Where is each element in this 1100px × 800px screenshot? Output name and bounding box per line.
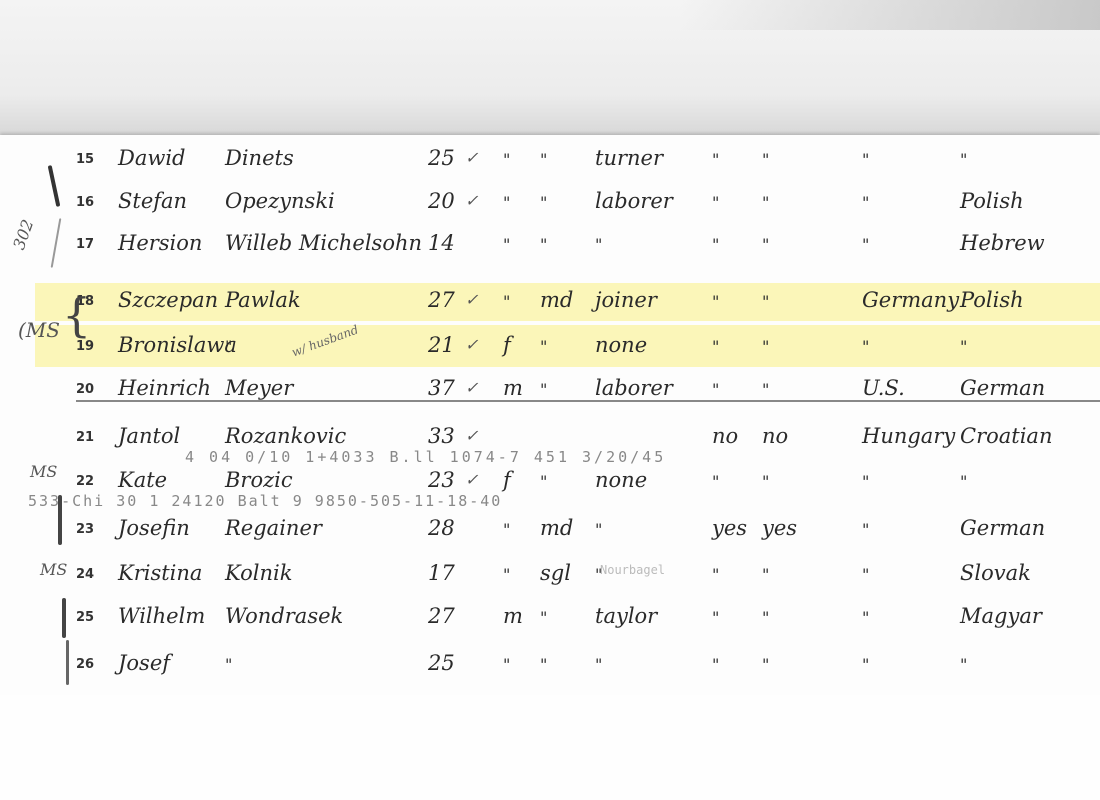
age-cell: 14 [428, 231, 455, 255]
write-cell: " [762, 608, 769, 627]
read-cell: " [712, 193, 719, 212]
occupation-cell: none [595, 468, 647, 492]
read-cell: " [712, 565, 719, 584]
manifest-row: 19Bronislawa"21✓f"none"""" [0, 327, 1100, 367]
race-cell: " [960, 150, 967, 169]
age-cell: 28 [428, 516, 455, 540]
line-number: 25 [76, 610, 94, 625]
sex-cell: m [503, 604, 523, 628]
line-number: 20 [76, 382, 94, 397]
occupation-cell: " [595, 235, 602, 254]
sex-cell: " [503, 520, 510, 539]
surname-cell: " [225, 337, 232, 356]
read-cell: yes [712, 516, 747, 540]
read-cell: " [712, 472, 719, 491]
read-cell: " [712, 337, 719, 356]
read-cell: " [712, 380, 719, 399]
check-cell: ✓ [465, 378, 478, 397]
manifest-row: 26Josef"25""""""" [0, 645, 1100, 685]
country-cell: " [862, 150, 869, 169]
read-cell: " [712, 608, 719, 627]
given-name-cell: Stefan [118, 189, 187, 213]
marital-cell: " [540, 150, 547, 169]
race-cell: Hebrew [960, 231, 1045, 255]
country-cell: " [862, 520, 869, 539]
race-cell: Polish [960, 189, 1024, 213]
given-name-cell: Jantol [118, 424, 180, 448]
race-cell: Croatian [960, 424, 1052, 448]
write-cell: " [762, 380, 769, 399]
manifest-row: 18SzczepanPawlak27✓"mdjoiner""GermanyPol… [0, 282, 1100, 322]
surname-cell: Wondrasek [225, 604, 343, 628]
check-cell: ✓ [465, 335, 478, 354]
write-cell: " [762, 150, 769, 169]
surname-cell: Kolnik [225, 561, 292, 585]
country-cell: " [862, 655, 869, 674]
occupation-cell: none [595, 333, 647, 357]
given-name-cell: Wilhelm [118, 604, 205, 628]
country-cell: " [862, 337, 869, 356]
occupation-cell: " [595, 655, 602, 674]
given-name-cell: Kate [118, 468, 167, 492]
read-cell: " [712, 292, 719, 311]
line-number: 16 [76, 195, 94, 210]
occupation-cell: laborer [595, 189, 673, 213]
line-number: 26 [76, 657, 94, 672]
manifest-row: 17HersionWilleb Michelsohn14""""""Hebrew [0, 225, 1100, 265]
marital-cell: " [540, 235, 547, 254]
age-cell: 33 [428, 424, 455, 448]
check-cell: ✓ [465, 426, 478, 445]
read-cell: " [712, 655, 719, 674]
read-cell: " [712, 150, 719, 169]
line-number: 23 [76, 522, 94, 537]
write-cell: " [762, 565, 769, 584]
check-cell: ✓ [465, 191, 478, 210]
age-cell: 27 [428, 288, 455, 312]
race-cell: Magyar [960, 604, 1042, 628]
check-cell: ✓ [465, 148, 478, 167]
margin-note-ms-24: MS [40, 560, 67, 579]
scanner-background-bottom [0, 695, 1100, 800]
country-cell: Germany [862, 288, 959, 312]
country-cell: " [862, 608, 869, 627]
race-cell: German [960, 516, 1045, 540]
line-number: 21 [76, 430, 94, 445]
write-cell: no [762, 424, 788, 448]
country-cell: Hungary [862, 424, 955, 448]
country-cell: " [862, 472, 869, 491]
line-number: 15 [76, 152, 94, 167]
write-cell: " [762, 472, 769, 491]
marital-cell: sgl [540, 561, 571, 585]
manifest-row: 25WilhelmWondrasek27m"taylor"""Magyar [0, 598, 1100, 638]
line-number: 22 [76, 474, 94, 489]
manifest-row: 24KristinaKolnik17"sgl""""Slovak [0, 555, 1100, 595]
margin-tick-25 [62, 598, 66, 638]
country-cell: " [862, 565, 869, 584]
pencil-note-row-24: Nourbagel [600, 563, 665, 577]
sex-cell: " [503, 292, 510, 311]
given-name-cell: Josefin [118, 516, 190, 540]
margin-note-ms-18-19: (MS [18, 318, 60, 342]
brace-18-19: { [62, 288, 91, 342]
line-number: 24 [76, 567, 94, 582]
marital-cell: " [540, 472, 547, 491]
scanner-background-top [0, 0, 1100, 135]
surname-cell: Regainer [225, 516, 322, 540]
write-cell: " [762, 655, 769, 674]
marital-cell: " [540, 655, 547, 674]
sex-cell: m [503, 376, 523, 400]
sex-cell: " [503, 565, 510, 584]
age-cell: 27 [428, 604, 455, 628]
manifest-row: 20HeinrichMeyer37✓m"laborer""U.S.German [0, 370, 1100, 410]
given-name-cell: Kristina [118, 561, 202, 585]
given-name-cell: Bronislawa [118, 333, 237, 357]
surname-cell: Rozankovic [225, 424, 346, 448]
write-cell: " [762, 292, 769, 311]
margin-tick-26 [66, 640, 69, 685]
race-cell: Slovak [960, 561, 1031, 585]
manifest-row: 23JosefinRegainer28"md"yesyes"German [0, 510, 1100, 550]
marital-cell: md [540, 288, 573, 312]
country-cell: " [862, 193, 869, 212]
race-cell: Polish [960, 288, 1024, 312]
age-cell: 23 [428, 468, 455, 492]
age-cell: 37 [428, 376, 455, 400]
write-cell: yes [762, 516, 797, 540]
line-number: 17 [76, 237, 94, 252]
marital-cell: md [540, 516, 573, 540]
surname-cell: Willeb Michelsohn [225, 231, 422, 255]
check-cell: ✓ [465, 290, 478, 309]
surname-cell: Pawlak [225, 288, 301, 312]
marital-cell: " [540, 337, 547, 356]
write-cell: " [762, 235, 769, 254]
write-cell: " [762, 193, 769, 212]
pencil-note-row-21: 4 04 0/10 1+4033 B.ll 1074-7 451 3/20/45 [185, 448, 666, 466]
margin-note-ms-22: MS [30, 462, 57, 481]
given-name-cell: Dawid [118, 146, 186, 170]
sex-cell: " [503, 235, 510, 254]
age-cell: 21 [428, 333, 455, 357]
occupation-cell: joiner [595, 288, 657, 312]
age-cell: 25 [428, 651, 455, 675]
sex-cell: f [503, 333, 511, 357]
marital-cell: " [540, 608, 547, 627]
given-name-cell: Hersion [118, 231, 202, 255]
country-cell: " [862, 235, 869, 254]
occupation-cell: " [595, 520, 602, 539]
sex-cell: f [503, 468, 511, 492]
surname-cell: Opezynski [225, 189, 335, 213]
age-cell: 25 [428, 146, 455, 170]
given-name-cell: Heinrich [118, 376, 211, 400]
pencil-note-row-22: 533-Chi 30 1 24120 Balt 9 9850-505-11-18… [28, 492, 502, 510]
read-cell: " [712, 235, 719, 254]
manifest-row: 16StefanOpezynski20✓""laborer"""Polish [0, 183, 1100, 223]
strike-line-row-20 [76, 400, 1100, 402]
marital-cell: " [540, 193, 547, 212]
race-cell: " [960, 655, 967, 674]
sex-cell: " [503, 150, 510, 169]
race-cell: German [960, 376, 1045, 400]
write-cell: " [762, 337, 769, 356]
manifest-row: 15DawidDinets25✓""turner"""" [0, 140, 1100, 180]
age-cell: 17 [428, 561, 455, 585]
race-cell: " [960, 337, 967, 356]
country-cell: U.S. [862, 376, 905, 400]
given-name-cell: Szczepan [118, 288, 218, 312]
occupation-cell: taylor [595, 604, 657, 628]
occupation-cell: turner [595, 146, 663, 170]
marital-cell: " [540, 380, 547, 399]
given-name-cell: Josef [118, 651, 170, 675]
occupation-cell: laborer [595, 376, 673, 400]
surname-cell: Dinets [225, 146, 294, 170]
sex-cell: " [503, 655, 510, 674]
check-cell: ✓ [465, 470, 478, 489]
surname-cell: Meyer [225, 376, 293, 400]
read-cell: no [712, 424, 738, 448]
age-cell: 20 [428, 189, 455, 213]
race-cell: " [960, 472, 967, 491]
surname-cell: Brozic [225, 468, 293, 492]
sex-cell: " [503, 193, 510, 212]
surname-cell: " [225, 655, 232, 674]
